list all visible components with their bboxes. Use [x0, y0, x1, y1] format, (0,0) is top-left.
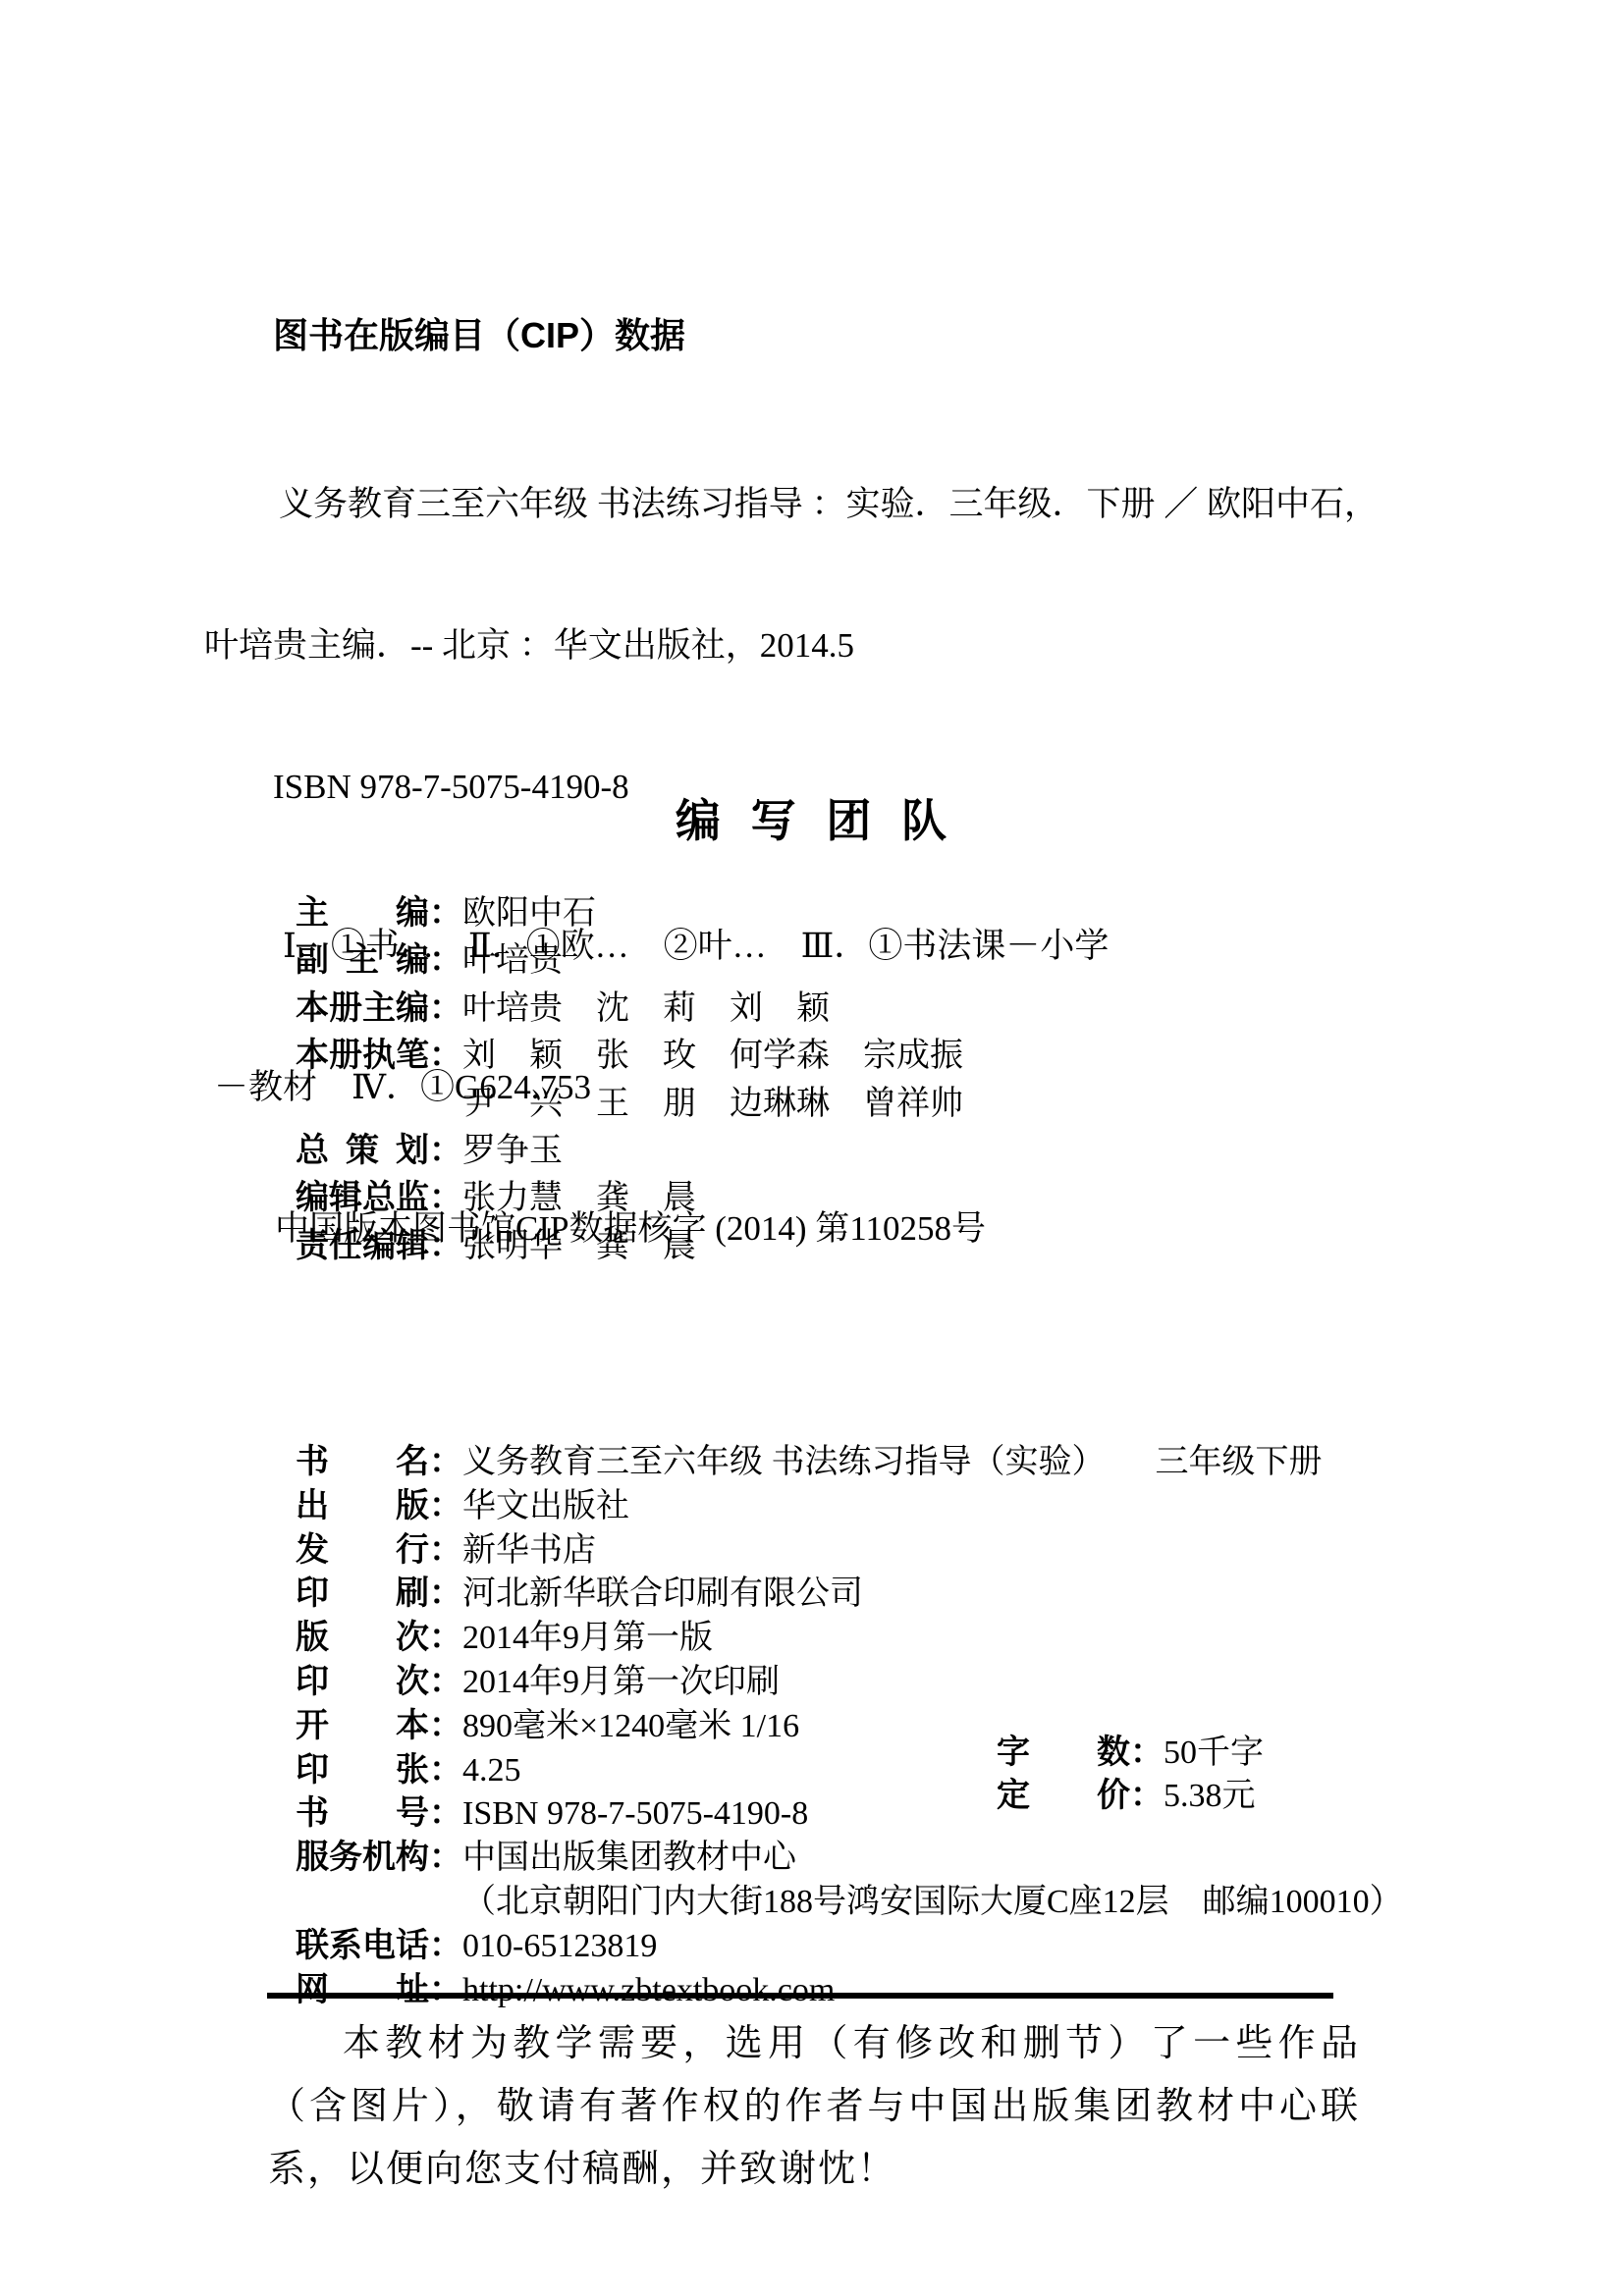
- pub-row-edition: 版 次：2014年9月第一版: [272, 1592, 1499, 1636]
- pub-row-isbn: 书 号：ISBN 978-7-5075-4190-8 定 价：5.38元: [272, 1768, 1499, 1812]
- colophon-page: 图书在版编目（CIP）数据 义务教育三至六年级 书法练习指导 ：实验．三年级．下…: [0, 0, 1624, 2296]
- pub-row-address: （北京朝阳门内大街188号鸿安国际大厦C座12层 邮编100010）: [272, 1856, 1499, 1900]
- pub-row-impression: 印 次：2014年9月第一次印刷: [272, 1636, 1499, 1681]
- cip-heading: 图书在版编目（CIP）数据: [273, 312, 1441, 359]
- pub-row-book-name: 书 名：义务教育三至六年级 书法练习指导（实验） 三年级下册: [272, 1416, 1499, 1461]
- team-row-label: 总 策 划：: [296, 1123, 462, 1171]
- pub-row-word-count: 字 数：50千字: [997, 1725, 1264, 1773]
- pub-row-label: 字 数：: [997, 1725, 1164, 1773]
- pub-row-publisher: 出 版：华文出版社: [272, 1461, 1499, 1505]
- pub-row-phone: 联系电话：010-65123819: [272, 1900, 1499, 1945]
- team-row-value: 叶培贵: [462, 942, 563, 979]
- team-row-value: 尹 兴 王 朋 边琳琳 曾祥帅: [462, 1086, 963, 1122]
- pub-row-url: http://www.zbtextbook.com: [462, 1972, 835, 2008]
- pub-row-value: 50千字: [1164, 1735, 1264, 1771]
- cip-description-line-1: 义务教育三至六年级 书法练习指导 ：实验．三年级．下册 ／ 欧阳中石，: [279, 481, 1441, 528]
- pub-row-printer: 印 刷：河北新华联合印刷有限公司: [272, 1548, 1499, 1592]
- team-row-value: 欧阳中石: [462, 895, 596, 932]
- team-row-value: 张明华 龚 晨: [462, 1228, 696, 1264]
- pub-row-price: 定 价：5.38元: [997, 1768, 1256, 1816]
- pub-row-label: 网 址：: [296, 1962, 462, 2010]
- team-section-title: 编 写 团 队: [0, 785, 1624, 850]
- team-row-value: 刘 颖 张 玫 何学森 宗成振: [462, 1038, 963, 1074]
- team-row-value: 张力慧 龚 晨: [462, 1180, 696, 1216]
- team-row-value: 罗争玉: [462, 1133, 563, 1169]
- team-row-label: 编辑总监：: [296, 1170, 462, 1218]
- team-row: 主 编：欧阳中石: [272, 868, 1450, 915]
- publication-details: 书 名：义务教育三至六年级 书法练习指导（实验） 三年级下册 出 版：华文出版社…: [272, 1416, 1499, 1988]
- pub-row-format: 开 本：890毫米×1240毫米 1/16: [272, 1681, 1499, 1725]
- cip-description-line-2: 叶培贵主编．-- 北京 ：华文出版社，2014.5: [204, 622, 1441, 669]
- team-list: 主 编：欧阳中石 副 主 编：叶培贵 本册主编：叶培贵 沈 莉 刘 颖 本册执笔…: [272, 868, 1450, 1248]
- pub-row-sheets: 印 张：4.25 字 数：50千字: [272, 1725, 1499, 1769]
- divider-rule: [267, 1993, 1333, 1999]
- team-row-label: 本册主编：: [296, 981, 462, 1029]
- pub-row-website: 网 址：http://www.zbtextbook.com: [272, 1945, 1499, 1989]
- copyright-notice: 本教材为教学需要，选用（有修改和删节）了一些作品（含图片），敬请有著作权的作者与…: [268, 2012, 1360, 2201]
- team-row-label: 主 编：: [296, 885, 462, 934]
- pub-row-label: 定 价：: [997, 1768, 1164, 1816]
- team-row-label: 本册执笔：: [296, 1028, 462, 1076]
- team-row-value: 叶培贵 沈 莉 刘 颖: [462, 990, 830, 1027]
- pub-row-value: 5.38元: [1164, 1778, 1256, 1814]
- team-row-label: 责任编辑：: [296, 1218, 462, 1266]
- pub-row-service-agency: 服务机构：中国出版集团教材中心: [272, 1812, 1499, 1856]
- team-row-label: 副 主 编：: [296, 933, 462, 981]
- pub-row-distributor: 发 行：新华书店: [272, 1505, 1499, 1549]
